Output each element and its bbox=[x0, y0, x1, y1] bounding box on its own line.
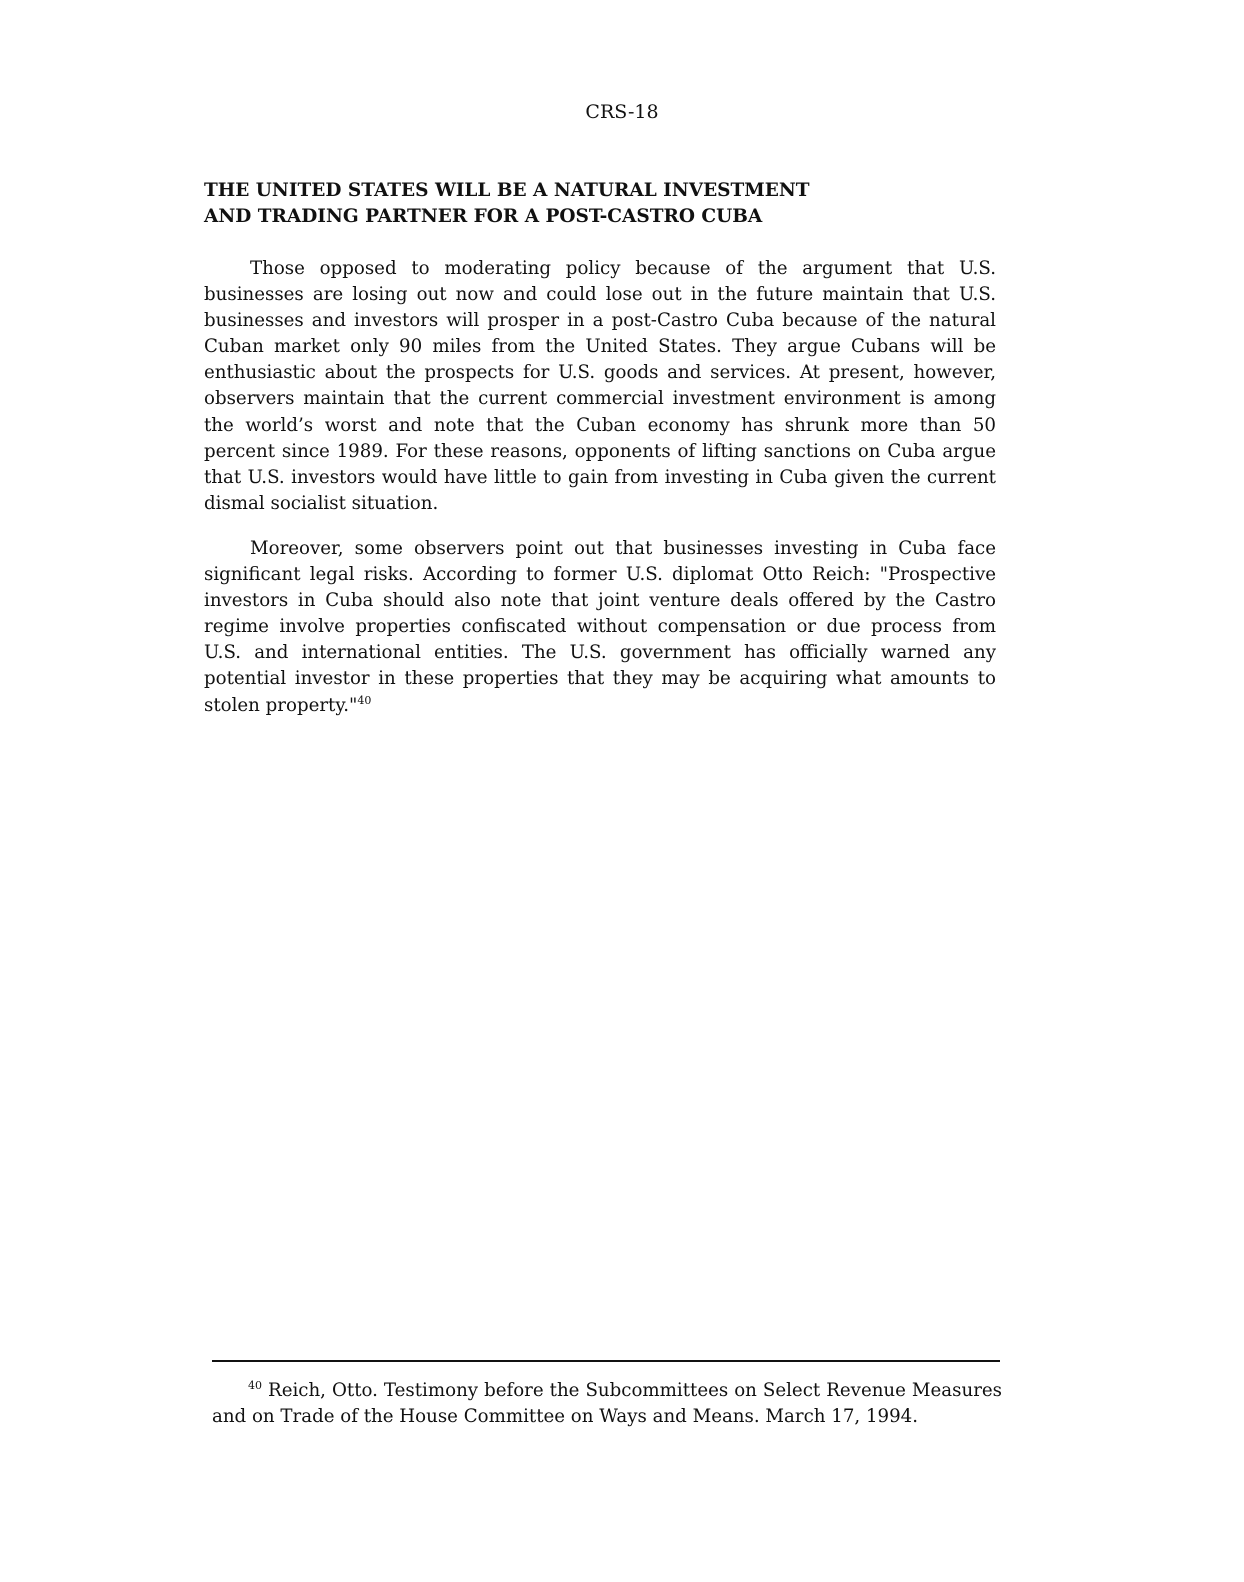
footnote-reference[interactable]: 40 bbox=[357, 694, 371, 707]
section-title-line-2: AND TRADING PARTNER FOR A POST-CASTRO CU… bbox=[204, 206, 762, 227]
body-paragraph: Those opposed to moderating policy becau… bbox=[204, 256, 996, 517]
paragraph-text: Moreover, some observers point out that … bbox=[204, 538, 996, 716]
section-title: THE UNITED STATES WILL BE A NATURAL INVE… bbox=[204, 178, 1004, 230]
page-number: CRS-18 bbox=[0, 101, 1244, 123]
footnote-divider bbox=[212, 1360, 1000, 1362]
section-title-line-1: THE UNITED STATES WILL BE A NATURAL INVE… bbox=[204, 180, 810, 201]
paragraph-text: Those opposed to moderating policy becau… bbox=[204, 258, 996, 514]
footnote: 40Reich, Otto. Testimony before the Subc… bbox=[212, 1378, 1002, 1430]
footnote-number: 40 bbox=[248, 1379, 262, 1392]
footnote-text: Reich, Otto. Testimony before the Subcom… bbox=[212, 1380, 1002, 1427]
body-paragraph: Moreover, some observers point out that … bbox=[204, 536, 996, 719]
